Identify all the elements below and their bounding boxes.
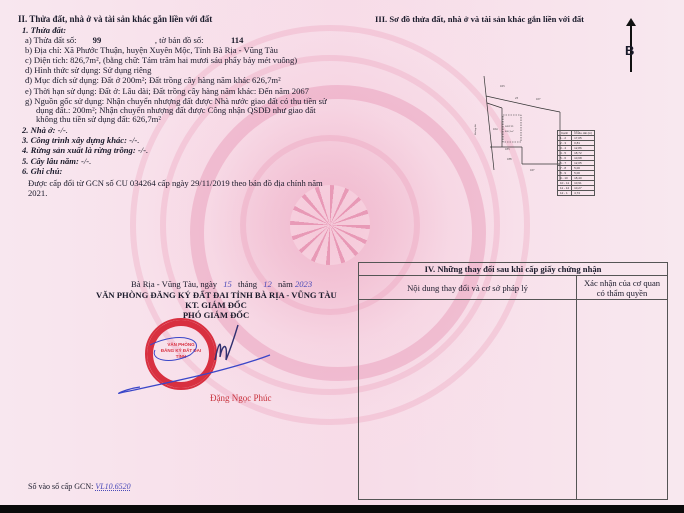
changes-col-content: Nội dung thay đổi và cơ sở pháp lý	[359, 276, 577, 300]
section-ii-title: II. Thửa đất, nhà ở và tài sản khác gắn …	[18, 14, 212, 24]
edge-length-table: Cạnh Chiều dài (m) 1 - 217,052 - 30,813 …	[557, 130, 595, 196]
date-year: 2023	[295, 279, 312, 289]
place-date: Bà Rịa - Vũng Tàu, ngày 15 tháng 12 năm …	[131, 279, 312, 289]
area: c) Diện tích: 826,7m², (bằng chữ: Tám tr…	[25, 55, 297, 65]
map-sheet-number: 114	[221, 35, 243, 45]
svg-text:Đường đất: Đường đất	[474, 124, 477, 135]
changes-col-authority: Xác nhận của cơ quan có thẩm quyền	[577, 276, 668, 300]
issuing-office: VĂN PHÒNG ĐĂNG KÝ ĐẤT ĐAI TỈNH BÀ RỊA - …	[96, 290, 336, 300]
on-behalf-label: KT. GIÁM ĐỐC	[96, 300, 336, 310]
notes-line-1: Được cấp đổi từ GCN số CU 034264 cấp ngà…	[28, 178, 323, 188]
house-row: 2. Nhà ở: -/-.	[22, 125, 68, 135]
signature-mark	[110, 315, 280, 395]
parcel-sketch: 163 23 107 104 153 183 188 167 ODT 99 82…	[470, 70, 620, 210]
other-construction-row: 3. Công trình xây dựng khác: -/-.	[22, 135, 139, 145]
changes-content-cell	[359, 300, 577, 500]
certificate-sheet: II. Thửa đất, nhà ở và tài sản khác gắn …	[0, 0, 684, 505]
term-of-use: e) Thời hạn sử dụng: Đất ở: Lâu dài; Đất…	[25, 86, 309, 96]
notes-line-2: 2021.	[28, 188, 47, 198]
map-sheet-label: , tờ bản đồ số:	[155, 35, 219, 45]
changes-table: IV. Những thay đổi sau khi cấp giấy chứn…	[358, 262, 668, 500]
svg-text:167: 167	[530, 168, 535, 172]
production-forest-row: 4. Rừng sản xuất là rừng trồng: -/-.	[22, 145, 148, 155]
svg-text:23: 23	[515, 96, 519, 100]
parcel-label: a) Thửa đất số:	[25, 35, 77, 45]
north-label: B	[625, 43, 634, 58]
section-iii-title: III. Sơ đồ thửa đất, nhà ở và tài sản kh…	[375, 14, 584, 24]
svg-text:107: 107	[536, 97, 541, 101]
changes-title: IV. Những thay đổi sau khi cấp giấy chứn…	[359, 263, 668, 276]
parcel-number: 99	[79, 35, 153, 45]
purpose-of-use: đ) Mục đích sử dụng: Đất ở 200m²; Đất tr…	[25, 75, 281, 85]
svg-text:104: 104	[493, 127, 498, 131]
svg-text:ODT 99: ODT 99	[505, 125, 514, 128]
scan-bottom-edge	[0, 505, 684, 513]
drum-sun-emblem	[290, 185, 370, 265]
svg-text:826,7m²: 826,7m²	[505, 130, 514, 133]
date-day: 15	[219, 279, 236, 289]
table-row: 12 - 14,74	[558, 191, 595, 196]
registry-number: Số vào sổ cấp GCN: VL10.6520	[28, 482, 131, 492]
changes-authority-cell	[577, 300, 668, 500]
svg-text:188: 188	[507, 157, 512, 161]
address: b) Địa chỉ: Xã Phước Thuận, huyện Xuyên …	[25, 45, 278, 55]
signer-name: Đặng Ngọc Phúc	[210, 393, 272, 403]
svg-text:163: 163	[500, 84, 505, 88]
notes-label: 6. Ghi chú:	[22, 166, 62, 176]
svg-text:183: 183	[505, 147, 510, 151]
date-month: 12	[259, 279, 276, 289]
form-of-use: d) Hình thức sử dụng: Sử dụng riêng	[25, 65, 151, 75]
land-heading: 1. Thửa đất:	[22, 25, 66, 35]
origin-line-3: không thu tiền sử dụng đất: 626,7m²	[36, 114, 161, 124]
perennial-trees-row: 5. Cây lâu năm: -/-.	[22, 156, 91, 166]
parcel-row: a) Thửa đất số: 99 , tờ bản đồ số: 114	[25, 35, 243, 45]
